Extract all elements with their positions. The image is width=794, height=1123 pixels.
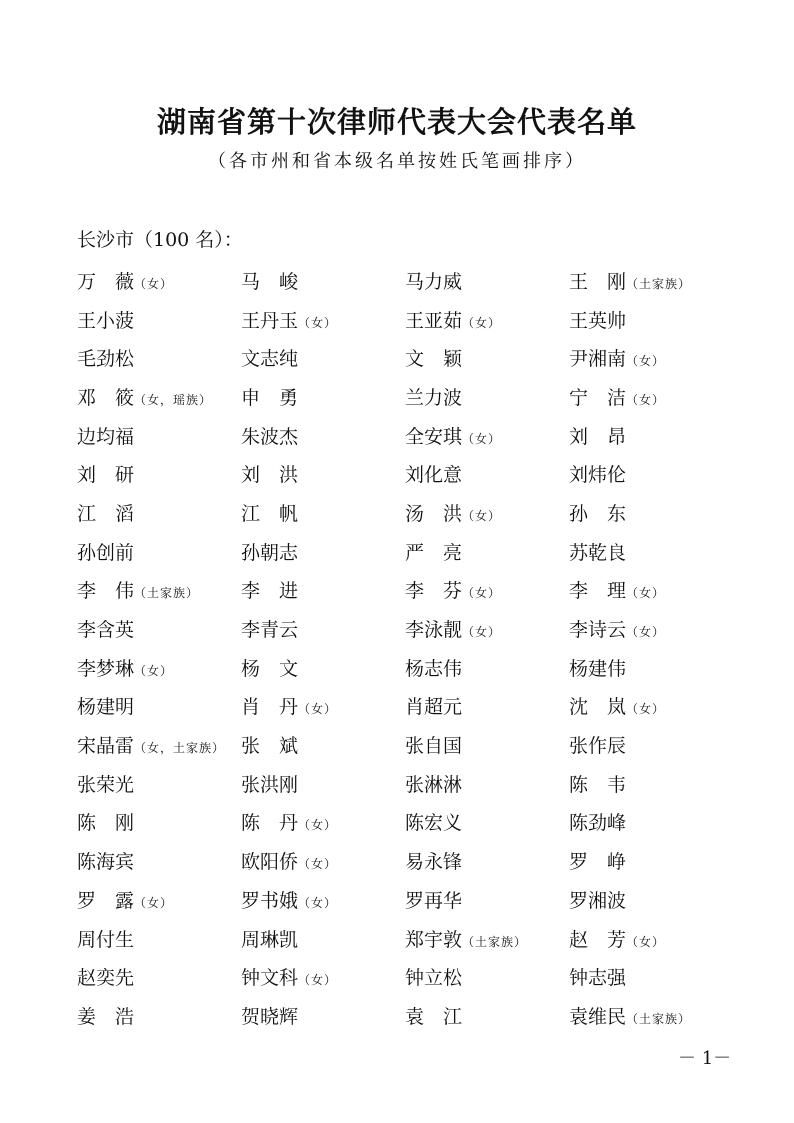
representative-entry: 邓 筱（女，瑶族）	[77, 383, 241, 410]
representative-entry: 王丹玉（女）	[241, 306, 405, 333]
representative-name: 陈劲峰	[569, 812, 626, 834]
representative-note: （土家族）	[134, 586, 199, 600]
representative-name: 李 芬	[405, 580, 462, 602]
representative-entry: 罗湘波	[569, 886, 733, 913]
list-row: 罗 露（女）罗书娥（女）罗再华罗湘波	[77, 880, 737, 919]
page-number: － 1－	[678, 1044, 731, 1070]
representative-entry: 李青云	[241, 615, 405, 642]
representative-entry: 朱波杰	[241, 422, 405, 449]
representative-name: 杨建伟	[569, 658, 626, 680]
representative-entry: 钟文科（女）	[241, 963, 405, 990]
representative-entry: 贺晓辉	[241, 1002, 405, 1029]
representative-name: 马 峻	[241, 271, 298, 293]
representative-name: 王小菠	[77, 310, 134, 332]
representative-name: 李 伟	[77, 580, 134, 602]
document-title: 湖南省第十次律师代表大会代表名单	[0, 100, 794, 141]
representative-entry: 易永锋	[405, 847, 569, 874]
representative-name: 姜 浩	[77, 1006, 134, 1028]
representative-entry: 刘化意	[405, 460, 569, 487]
representative-entry: 张淋淋	[405, 770, 569, 797]
representative-entry: 肖 丹（女）	[241, 692, 405, 719]
representative-name: 刘 研	[77, 464, 134, 486]
representative-entry: 杨 文	[241, 654, 405, 681]
representative-entry: 李 理（女）	[569, 576, 733, 603]
representative-note: （女）	[626, 586, 665, 600]
representative-name: 毛劲松	[77, 348, 134, 370]
representative-name: 马力威	[405, 271, 462, 293]
representative-note: （女）	[298, 973, 337, 987]
representative-entry: 李梦琳（女）	[77, 654, 241, 681]
representative-name: 孙 东	[569, 503, 626, 525]
representative-name: 赵奕先	[77, 967, 134, 989]
representative-note: （女）	[626, 702, 665, 716]
representative-name: 杨志伟	[405, 658, 462, 680]
representative-entry: 刘 研	[77, 460, 241, 487]
representative-name: 江 滔	[77, 503, 134, 525]
representative-name: 肖超元	[405, 696, 462, 718]
representative-entry: 张荣光	[77, 770, 241, 797]
representative-entry: 杨建伟	[569, 654, 733, 681]
representative-entry: 申 勇	[241, 383, 405, 410]
representative-entry: 欧阳侨（女）	[241, 847, 405, 874]
representative-entry: 张 斌	[241, 731, 405, 758]
representative-name: 罗书娥	[241, 890, 298, 912]
representative-entry: 姜 浩	[77, 1002, 241, 1029]
representative-name: 汤 洪	[405, 503, 462, 525]
representative-name: 袁 江	[405, 1006, 462, 1028]
representative-note: （女，瑶族）	[134, 393, 212, 407]
document-subtitle: （各市州和省本级名单按姓氏笔画排序）	[0, 147, 794, 173]
representative-name: 易永锋	[405, 851, 462, 873]
representative-entry: 江 帆	[241, 499, 405, 526]
list-row: 姜 浩贺晓辉袁 江袁维民（土家族）	[77, 996, 737, 1035]
representative-entry: 严 亮	[405, 538, 569, 565]
list-row: 李梦琳（女）杨 文杨志伟杨建伟	[77, 648, 737, 687]
representative-name: 贺晓辉	[241, 1006, 298, 1028]
representative-name: 沈 岚	[569, 696, 626, 718]
representative-entry: 文志纯	[241, 344, 405, 371]
representative-entry: 李 进	[241, 576, 405, 603]
list-row: 周付生周琳凯郑宇敦（土家族）赵 芳（女）	[77, 919, 737, 958]
representative-note: （女，土家族）	[134, 741, 225, 755]
representative-note: （女）	[298, 702, 337, 716]
representative-entry: 文 颖	[405, 344, 569, 371]
representative-name: 朱波杰	[241, 426, 298, 448]
representative-entry: 罗书娥（女）	[241, 886, 405, 913]
representative-entry: 尹湘南（女）	[569, 344, 733, 371]
representative-name: 李诗云	[569, 619, 626, 641]
representative-entry: 赵 芳（女）	[569, 925, 733, 952]
representative-name: 宁 洁	[569, 387, 626, 409]
representative-name: 李梦琳	[77, 658, 134, 680]
representative-entry: 陈 丹（女）	[241, 808, 405, 835]
representative-name: 罗再华	[405, 890, 462, 912]
representative-entry: 周琳凯	[241, 925, 405, 952]
representative-note: （女）	[462, 432, 501, 446]
representative-name: 周付生	[77, 929, 134, 951]
list-row: 邓 筱（女，瑶族）申 勇兰力波宁 洁（女）	[77, 377, 737, 416]
representative-name: 张作辰	[569, 735, 626, 757]
representative-list: 万 薇（女）马 峻马力威王 刚（土家族）王小菠王丹玉（女）王亚茹（女）王英帅毛劲…	[77, 261, 737, 1035]
representative-entry: 郑宇敦（土家族）	[405, 925, 569, 952]
representative-name: 张洪刚	[241, 774, 298, 796]
representative-entry: 刘 昂	[569, 422, 733, 449]
representative-name: 李 理	[569, 580, 626, 602]
representative-entry: 宁 洁（女）	[569, 383, 733, 410]
representative-entry: 陈 韦	[569, 770, 733, 797]
representative-name: 苏乾良	[569, 542, 626, 564]
representative-entry: 张自国	[405, 731, 569, 758]
representative-entry: 杨志伟	[405, 654, 569, 681]
representative-entry: 周付生	[77, 925, 241, 952]
representative-entry: 罗再华	[405, 886, 569, 913]
representative-entry: 陈 刚	[77, 808, 241, 835]
representative-note: （女）	[298, 818, 337, 832]
representative-entry: 杨建明	[77, 692, 241, 719]
representative-entry: 罗 峥	[569, 847, 733, 874]
representative-entry: 沈 岚（女）	[569, 692, 733, 719]
representative-name: 王 刚	[569, 271, 626, 293]
representative-entry: 钟志强	[569, 963, 733, 990]
representative-entry: 孙创前	[77, 538, 241, 565]
representative-name: 孙朝志	[241, 542, 298, 564]
representative-name: 肖 丹	[241, 696, 298, 718]
representative-note: （女）	[134, 664, 173, 678]
list-row: 王小菠王丹玉（女）王亚茹（女）王英帅	[77, 300, 737, 339]
representative-name: 罗湘波	[569, 890, 626, 912]
representative-entry: 罗 露（女）	[77, 886, 241, 913]
representative-name: 刘化意	[405, 464, 462, 486]
representative-name: 杨建明	[77, 696, 134, 718]
representative-note: （女）	[626, 354, 665, 368]
representative-entry: 王 刚（土家族）	[569, 267, 733, 294]
representative-name: 赵 芳	[569, 929, 626, 951]
representative-entry: 马 峻	[241, 267, 405, 294]
representative-entry: 王亚茹（女）	[405, 306, 569, 333]
representative-entry: 肖超元	[405, 692, 569, 719]
representative-note: （女）	[462, 509, 501, 523]
representative-note: （土家族）	[626, 277, 691, 291]
list-row: 江 滔江 帆汤 洪（女）孙 东	[77, 493, 737, 532]
representative-name: 兰力波	[405, 387, 462, 409]
representative-entry: 陈宏义	[405, 808, 569, 835]
list-row: 杨建明肖 丹（女）肖超元沈 岚（女）	[77, 687, 737, 726]
representative-name: 钟文科	[241, 967, 298, 989]
representative-entry: 赵奕先	[77, 963, 241, 990]
representative-name: 欧阳侨	[241, 851, 298, 873]
representative-entry: 陈劲峰	[569, 808, 733, 835]
representative-note: （女）	[626, 935, 665, 949]
representative-name: 严 亮	[405, 542, 462, 564]
representative-name: 全安琪	[405, 426, 462, 448]
representative-name: 张自国	[405, 735, 462, 757]
representative-entry: 全安琪（女）	[405, 422, 569, 449]
list-row: 宋晶雷（女，土家族）张 斌张自国张作辰	[77, 725, 737, 764]
representative-name: 李青云	[241, 619, 298, 641]
representative-entry: 边均福	[77, 422, 241, 449]
representative-name: 文志纯	[241, 348, 298, 370]
representative-entry: 李诗云（女）	[569, 615, 733, 642]
list-row: 李含英李青云李泳靓（女）李诗云（女）	[77, 609, 737, 648]
list-row: 孙创前孙朝志严 亮苏乾良	[77, 532, 737, 571]
representative-note: （女）	[134, 896, 173, 910]
representative-note: （女）	[298, 896, 337, 910]
representative-name: 李 进	[241, 580, 298, 602]
representative-name: 刘 洪	[241, 464, 298, 486]
representative-entry: 张作辰	[569, 731, 733, 758]
representative-entry: 刘 洪	[241, 460, 405, 487]
representative-entry: 李含英	[77, 615, 241, 642]
representative-entry: 张洪刚	[241, 770, 405, 797]
section-heading: 长沙市（100 名）：	[77, 225, 243, 252]
representative-name: 万 薇	[77, 271, 134, 293]
representative-entry: 李泳靓（女）	[405, 615, 569, 642]
representative-note: （土家族）	[626, 1012, 691, 1026]
representative-entry: 刘炜伦	[569, 460, 733, 487]
representative-entry: 江 滔	[77, 499, 241, 526]
representative-entry: 王英帅	[569, 306, 733, 333]
representative-name: 宋晶雷	[77, 735, 134, 757]
representative-entry: 万 薇（女）	[77, 267, 241, 294]
representative-name: 罗 峥	[569, 851, 626, 873]
representative-name: 张荣光	[77, 774, 134, 796]
representative-note: （女）	[134, 277, 173, 291]
representative-note: （女）	[298, 857, 337, 871]
list-row: 陈海宾欧阳侨（女）易永锋罗 峥	[77, 841, 737, 880]
representative-name: 王英帅	[569, 310, 626, 332]
list-row: 毛劲松文志纯文 颖尹湘南（女）	[77, 338, 737, 377]
representative-name: 张淋淋	[405, 774, 462, 796]
representative-entry: 马力威	[405, 267, 569, 294]
representative-entry: 宋晶雷（女，土家族）	[77, 731, 241, 758]
representative-note: （女）	[626, 393, 665, 407]
representative-name: 杨 文	[241, 658, 298, 680]
list-row: 李 伟（土家族）李 进李 芬（女）李 理（女）	[77, 571, 737, 610]
representative-entry: 李 芬（女）	[405, 576, 569, 603]
representative-name: 刘炜伦	[569, 464, 626, 486]
representative-name: 罗 露	[77, 890, 134, 912]
representative-entry: 王小菠	[77, 306, 241, 333]
representative-name: 陈 韦	[569, 774, 626, 796]
representative-entry: 孙 东	[569, 499, 733, 526]
list-row: 张荣光张洪刚张淋淋陈 韦	[77, 764, 737, 803]
representative-entry: 兰力波	[405, 383, 569, 410]
representative-entry: 苏乾良	[569, 538, 733, 565]
representative-note: （女）	[626, 625, 665, 639]
representative-note: （女）	[462, 586, 501, 600]
representative-name: 钟立松	[405, 967, 462, 989]
representative-name: 刘 昂	[569, 426, 626, 448]
representative-name: 李含英	[77, 619, 134, 641]
representative-note: （女）	[298, 316, 337, 330]
representative-name: 郑宇敦	[405, 929, 462, 951]
list-row: 刘 研刘 洪刘化意刘炜伦	[77, 454, 737, 493]
representative-entry: 毛劲松	[77, 344, 241, 371]
representative-name: 边均福	[77, 426, 134, 448]
representative-name: 周琳凯	[241, 929, 298, 951]
list-row: 万 薇（女）马 峻马力威王 刚（土家族）	[77, 261, 737, 300]
representative-name: 张 斌	[241, 735, 298, 757]
representative-name: 李泳靓	[405, 619, 462, 641]
representative-name: 江 帆	[241, 503, 298, 525]
representative-entry: 袁维民（土家族）	[569, 1002, 733, 1029]
representative-note: （土家族）	[462, 935, 527, 949]
representative-entry: 李 伟（土家族）	[77, 576, 241, 603]
representative-name: 尹湘南	[569, 348, 626, 370]
representative-name: 钟志强	[569, 967, 626, 989]
list-row: 陈 刚陈 丹（女）陈宏义陈劲峰	[77, 803, 737, 842]
representative-name: 王亚茹	[405, 310, 462, 332]
representative-name: 邓 筱	[77, 387, 134, 409]
representative-entry: 陈海宾	[77, 847, 241, 874]
representative-entry: 孙朝志	[241, 538, 405, 565]
representative-name: 文 颖	[405, 348, 462, 370]
representative-entry: 钟立松	[405, 963, 569, 990]
representative-name: 陈海宾	[77, 851, 134, 873]
representative-name: 申 勇	[241, 387, 298, 409]
representative-note: （女）	[462, 625, 501, 639]
representative-name: 陈 刚	[77, 812, 134, 834]
list-row: 边均福朱波杰全安琪（女）刘 昂	[77, 416, 737, 455]
representative-note: （女）	[462, 316, 501, 330]
representative-name: 陈 丹	[241, 812, 298, 834]
representative-entry: 袁 江	[405, 1002, 569, 1029]
representative-name: 袁维民	[569, 1006, 626, 1028]
representative-entry: 汤 洪（女）	[405, 499, 569, 526]
representative-name: 陈宏义	[405, 812, 462, 834]
list-row: 赵奕先钟文科（女）钟立松钟志强	[77, 957, 737, 996]
representative-name: 王丹玉	[241, 310, 298, 332]
representative-name: 孙创前	[77, 542, 134, 564]
